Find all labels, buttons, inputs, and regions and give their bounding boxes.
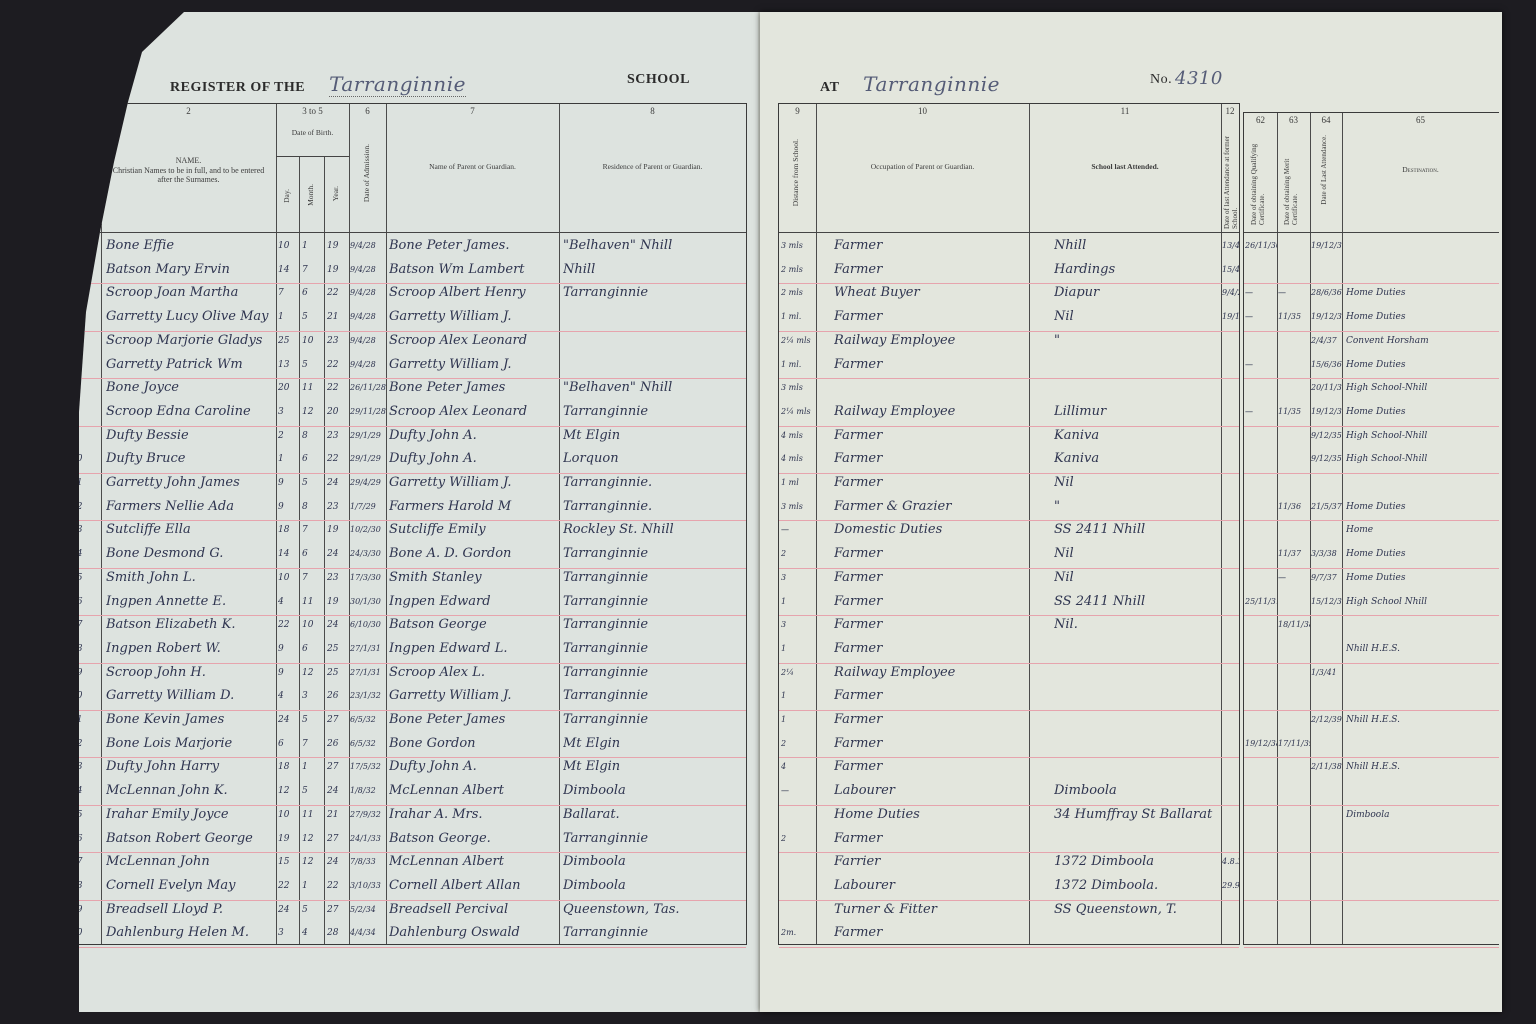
row-parent: Scroop Albert Henry [389,285,559,300]
row-distance: 4 mls [781,454,816,463]
row-month: 12 [302,857,324,867]
header-distance: Distance from School. [791,139,800,206]
row-destination: Home [1346,525,1496,535]
row-year: 23 [327,336,349,346]
row-name: Scroop Edna Caroline [106,404,276,419]
row-month: 7 [302,573,324,583]
row-parent: Batson George [389,617,559,632]
ruled-line [779,900,1239,901]
row-residence: Tarranginnie [563,570,746,585]
row-occupation: Farrier [834,854,1029,869]
row-last-date: 19/11/25 [1222,312,1239,321]
row-distance: 2 [781,549,816,558]
row-month: 1 [302,881,324,891]
row-parent: Cornell Albert Allan [389,878,559,893]
header-merit: Date of obtaining Merit Certificate. [1283,135,1305,225]
row-admitted: 9/4/28 [350,288,386,297]
header-col-62: 62 [1244,115,1277,126]
row-admitted: 3/10/33 [350,881,386,890]
row-parent: Bone A. D. Gordon [389,546,559,561]
row-day: 10 [278,810,299,820]
row-day: 3 [278,407,299,417]
row-day: 1 [278,454,299,464]
row-residence: Tarranginnie [563,404,746,419]
row-distance: 2 [781,834,816,843]
row-month: 7 [302,739,324,749]
row-day: 13 [278,360,299,370]
ruled-line [1244,473,1499,474]
row-parent: Dufty John A. [389,759,559,774]
row-day: 10 [278,241,299,251]
row-last-att: 20/11/33 [1311,383,1342,392]
row-name: Breadsell Lloyd P. [106,902,276,917]
row-last-date: 4.8.33 [1222,857,1239,866]
row-distance: 2¼ mls [781,407,816,416]
row-parent: Dahlenburg Oswald [389,925,559,940]
header-name: NAME. Christian Names to be in full, and… [106,156,271,185]
row-day: 4 [278,691,299,701]
row-destination: High School Nhill [1346,597,1496,607]
row-residence: "Belhaven" Nhill [563,238,746,253]
row-last-att: 9/12/35 [1311,454,1342,463]
header-col-12: 12 [1221,106,1239,117]
row-residence: Tarranginnie [563,665,746,680]
right-title: AT Tarranginnie No. 4310 [820,72,1000,96]
row-admitted: 6/5/32 [350,715,386,724]
row-distance: 3 [781,573,816,582]
row-last-school: " [1054,333,1221,348]
row-admitted: 6/10/30 [350,620,386,629]
row-day: 24 [278,715,299,725]
header-qualifying: Date of obtaining Qualifying Certificate… [1250,135,1272,225]
ruled-line [66,757,746,758]
row-residence: Tarranginnie [563,546,746,561]
row-last-date: 9/4/28 [1222,288,1239,297]
row-day: 9 [278,668,299,678]
row-qualifying: — [1245,360,1277,369]
left-title: REGISTER OF THE Tarranginnie SCHOOL [170,72,526,96]
ruled-line [1244,283,1499,284]
ruled-line [779,473,1239,474]
row-destination: High School-Nhill [1346,383,1496,393]
row-parent: Garretty William J. [389,688,559,703]
row-residence: Tarranginnie [563,594,746,609]
row-destination: Home Duties [1346,502,1496,512]
row-residence: Lorquon [563,451,746,466]
right-page: AT Tarranginnie No. 4310 9 Distance from… [760,12,1502,1012]
row-day: 4 [278,597,299,607]
header-admission: Date of Admission. [362,144,371,202]
row-occupation: Farmer [834,617,1029,632]
row-day: 3 [278,928,299,938]
row-name: Batson Elizabeth K. [106,617,276,632]
row-no: 19 [71,668,99,678]
row-day: 9 [278,478,299,488]
ruled-line [1244,710,1499,711]
row-last-att: 15/6/36 [1311,360,1342,369]
row-year: 25 [327,644,349,654]
row-last-school: SS 2411 Nhill [1054,522,1221,537]
row-day: 9 [278,644,299,654]
ruled-line [779,426,1239,427]
row-qualifying: 25/11/31 [1245,597,1277,606]
row-last-att: 19/12/35 [1311,407,1342,416]
row-parent: Farmers Harold M [389,499,559,514]
row-month: 10 [302,336,324,346]
row-no: 1 [71,241,99,251]
title-suffix: SCHOOL [627,72,690,88]
row-no: 29 [71,905,99,915]
row-last-school: " [1054,499,1221,514]
row-day: 10 [278,573,299,583]
row-occupation: Turner & Fitter [834,902,1029,917]
row-name: Farmers Nellie Ada [106,499,276,514]
header-month: Month. [306,184,315,206]
row-no: 30 [71,928,99,938]
row-last-school: Nil. [1054,617,1221,632]
row-year: 28 [327,928,349,938]
header-col-63: 63 [1277,115,1310,126]
place-name: Tarranginnie [863,72,1000,96]
ruled-line [779,947,1239,948]
row-no: 26 [71,834,99,844]
header-last-attend: Date of last Attendance at former School… [1223,129,1239,229]
row-last-att: 19/12/35 [1311,312,1342,321]
row-no: 10 [71,454,99,464]
row-occupation: Farmer [834,475,1029,490]
row-merit: — [1278,288,1310,297]
row-name: Scroop Marjorie Gladys [106,333,276,348]
row-residence: Dimboola [563,878,746,893]
row-occupation: Home Duties [834,807,1029,822]
row-merit: 11/37 [1278,549,1310,558]
row-qualifying: 19/12/38 [1245,739,1277,748]
row-day: 22 [278,881,299,891]
row-name: Garretty Lucy Olive May [106,309,276,324]
header-occupation: Occupation of Parent or Guardian. [816,162,1029,171]
row-residence: Tarranginnie [563,712,746,727]
ruled-line [66,378,746,379]
row-occupation: Farmer [834,570,1029,585]
row-occupation: Farmer [834,759,1029,774]
ruled-line [66,568,746,569]
row-qualifying: — [1245,312,1277,321]
row-day: 20 [278,383,299,393]
row-last-school: Hardings [1054,262,1221,277]
row-parent: McLennan Albert [389,783,559,798]
row-no: 21 [71,715,99,725]
left-register-table: Register Number 2 NAME. Christian Names … [65,103,747,945]
row-name: Dufty Bessie [106,428,276,443]
row-destination: Nhill H.E.S. [1346,762,1496,772]
row-name: Ingpen Annette E. [106,594,276,609]
row-merit: 17/11/39 [1278,739,1310,748]
row-day: 19 [278,834,299,844]
row-distance: 4 [781,762,816,771]
row-residence: Mt Elgin [563,736,746,751]
ruled-line [1244,568,1499,569]
row-distance: 1 [781,715,816,724]
row-destination: Home Duties [1346,288,1496,298]
row-occupation: Railway Employee [834,404,1029,419]
row-destination: Home Duties [1346,312,1496,322]
row-distance: 2m. [781,928,816,937]
row-parent: Scroop Alex Leonard [389,333,559,348]
title-prefix: REGISTER OF THE [170,80,305,95]
row-year: 24 [327,549,349,559]
row-parent: Irahar A. Mrs. [389,807,559,822]
ruled-line [779,520,1239,521]
row-admitted: 27/1/31 [350,644,386,653]
header-day: Day. [282,189,291,203]
row-distance: — [781,525,816,534]
row-last-school: Nil [1054,546,1221,561]
row-parent: Bone Gordon [389,736,559,751]
row-residence: Tarranginnie [563,641,746,656]
row-parent: Smith Stanley [389,570,559,585]
row-day: 14 [278,549,299,559]
row-name: Sutcliffe Ella [106,522,276,537]
row-admitted: 9/4/28 [350,265,386,274]
title-at: AT [820,80,839,95]
ruled-line [66,947,746,948]
row-day: 7 [278,288,299,298]
row-day: 9 [278,502,299,512]
ruled-line [779,378,1239,379]
row-merit: 18/11/38 [1278,620,1310,629]
row-no: 12 [71,502,99,512]
row-no: 8 [71,407,99,417]
row-month: 6 [302,644,324,654]
row-admitted: 17/5/32 [350,762,386,771]
row-parent: Garretty William J. [389,309,559,324]
row-destination: Home Duties [1346,360,1496,370]
row-month: 11 [302,597,324,607]
row-occupation: Labourer [834,878,1029,893]
row-last-att: 2/4/37 [1311,336,1342,345]
row-occupation: Farmer [834,357,1029,372]
row-distance: 3 mls [781,502,816,511]
row-month: 1 [302,762,324,772]
header-col-64: 64 [1310,115,1342,126]
row-parent: McLennan Albert [389,854,559,869]
row-last-date: 13/4/28 [1222,241,1239,250]
row-year: 25 [327,668,349,678]
row-last-att: 19/12/30 [1311,241,1342,250]
row-occupation: Farmer [834,428,1029,443]
row-name: Dufty John Harry [106,759,276,774]
row-parent: Ingpen Edward [389,594,559,609]
ruled-line [779,805,1239,806]
ruled-line [779,710,1239,711]
row-year: 19 [327,597,349,607]
row-residence: Nhill [563,262,746,277]
ruled-line [1244,757,1499,758]
row-occupation: Farmer [834,451,1029,466]
header-col-11: 11 [1029,106,1221,117]
ruled-line [66,663,746,664]
row-no: 23 [71,762,99,772]
row-month: 8 [302,431,324,441]
row-parent: Sutcliffe Emily [389,522,559,537]
row-name: Cornell Evelyn May [106,878,276,893]
ruled-line [1244,331,1499,332]
row-parent: Garretty William J. [389,475,559,490]
row-no: 6 [71,360,99,370]
header-col-2: 2 [101,106,276,117]
row-last-school: Nil [1054,475,1221,490]
row-residence: Tarranginnie [563,925,746,940]
row-residence: Ballarat. [563,807,746,822]
header-last-attendance: Date of Last Attendance. [1320,135,1328,205]
row-month: 3 [302,691,324,701]
row-last-school: SS 2411 Nhill [1054,594,1221,609]
header-col-6: 6 [349,106,386,117]
ruled-line [66,710,746,711]
header-name-title: NAME. [106,156,271,166]
ruled-line [779,568,1239,569]
row-month: 12 [302,668,324,678]
row-destination: Nhill H.E.S. [1346,715,1496,725]
row-admitted: 30/1/30 [350,597,386,606]
left-page: REGISTER OF THE Tarranginnie SCHOOL Regi… [58,12,758,1012]
row-year: 21 [327,810,349,820]
row-no: 4 [71,312,99,322]
ruled-line [66,852,746,853]
row-occupation: Farmer [834,925,1029,940]
ruled-line [779,615,1239,616]
row-year: 22 [327,288,349,298]
ruled-line [779,852,1239,853]
row-last-date: 29.9.33 [1222,881,1239,890]
row-parent: Dufty John A. [389,451,559,466]
row-name: Scroop Joan Martha [106,285,276,300]
row-no: 22 [71,739,99,749]
header-register-number: Register Number [78,144,87,224]
row-admitted: 27/9/32 [350,810,386,819]
row-year: 24 [327,857,349,867]
row-parent: Scroop Alex L. [389,665,559,680]
row-day: 14 [278,265,299,275]
row-name: Garretty Patrick Wm [106,357,276,372]
row-no: 16 [71,597,99,607]
row-name: Smith John L. [106,570,276,585]
row-qualifying: — [1245,288,1277,297]
row-destination: Home Duties [1346,573,1496,583]
ruled-line [779,283,1239,284]
row-year: 19 [327,241,349,251]
row-month: 5 [302,312,324,322]
row-last-att: 2/12/39 [1311,715,1342,724]
row-no: 28 [71,881,99,891]
row-occupation: Farmer [834,238,1029,253]
row-last-date: 15/4/28 [1222,265,1239,274]
header-col-3-5: 3 to 5 [276,106,349,117]
row-distance: 1 [781,644,816,653]
row-residence: Tarranginnie [563,617,746,632]
row-year: 22 [327,383,349,393]
row-last-att: 3/3/38 [1311,549,1342,558]
row-merit: 11/35 [1278,407,1310,416]
row-residence: Dimboola [563,783,746,798]
row-last-att: 15/12/31 [1311,597,1342,606]
header-col-7: 7 [386,106,559,117]
row-no: 17 [71,620,99,630]
header-col-9: 9 [779,106,816,117]
ruled-line [66,615,746,616]
ruled-line [1244,426,1499,427]
row-distance: 2¼ mls [781,336,816,345]
row-distance: 1 ml. [781,312,816,321]
row-name: Bone Kevin James [106,712,276,727]
row-year: 23 [327,431,349,441]
row-no: 9 [71,431,99,441]
row-year: 24 [327,478,349,488]
row-name: Garretty William D. [106,688,276,703]
row-day: 22 [278,620,299,630]
ruled-line [779,331,1239,332]
row-year: 27 [327,834,349,844]
row-day: 2 [278,431,299,441]
row-name: Scroop John H. [106,665,276,680]
row-name: Batson Mary Ervin [106,262,276,277]
row-admitted: 9/4/28 [350,336,386,345]
row-day: 15 [278,857,299,867]
row-parent: Ingpen Edward L. [389,641,559,656]
row-occupation: Farmer & Grazier [834,499,1029,514]
row-admitted: 17/3/30 [350,573,386,582]
row-residence: Mt Elgin [563,759,746,774]
row-name: McLennan John K. [106,783,276,798]
row-no: 5 [71,336,99,346]
row-month: 7 [302,265,324,275]
row-parent: Batson Wm Lambert [389,262,559,277]
row-distance: 2 [781,739,816,748]
row-no: 20 [71,691,99,701]
row-parent: Bone Peter James [389,380,559,395]
row-admitted: 4/4/34 [350,928,386,937]
row-distance: 3 [781,620,816,629]
ruled-line [1244,378,1499,379]
row-distance: 1 [781,597,816,606]
row-month: 11 [302,810,324,820]
row-month: 5 [302,715,324,725]
row-last-att: 21/5/37 [1311,502,1342,511]
row-year: 27 [327,762,349,772]
row-month: 7 [302,525,324,535]
row-day: 18 [278,762,299,772]
row-last-att: 2/11/38 [1311,762,1342,771]
school-name: Tarranginnie [329,72,466,97]
header-year: Year. [331,186,340,201]
row-admitted: 26/11/28 [350,383,386,392]
row-last-school: Lillimur [1054,404,1221,419]
row-admitted: 24/3/30 [350,549,386,558]
right-register-table: 9 Distance from School. 10 Occupation of… [778,103,1240,945]
row-month: 6 [302,288,324,298]
row-distance: 1 ml. [781,360,816,369]
row-destination: Nhill H.E.S. [1346,644,1496,654]
row-destination: Home Duties [1346,549,1496,559]
row-year: 27 [327,715,349,725]
row-destination: Home Duties [1346,407,1496,417]
row-admitted: 24/1/33 [350,834,386,843]
header-col-8: 8 [559,106,746,117]
row-last-att: 28/6/36 [1311,288,1342,297]
row-occupation: Railway Employee [834,665,1029,680]
row-year: 22 [327,360,349,370]
row-admitted: 6/5/32 [350,739,386,748]
